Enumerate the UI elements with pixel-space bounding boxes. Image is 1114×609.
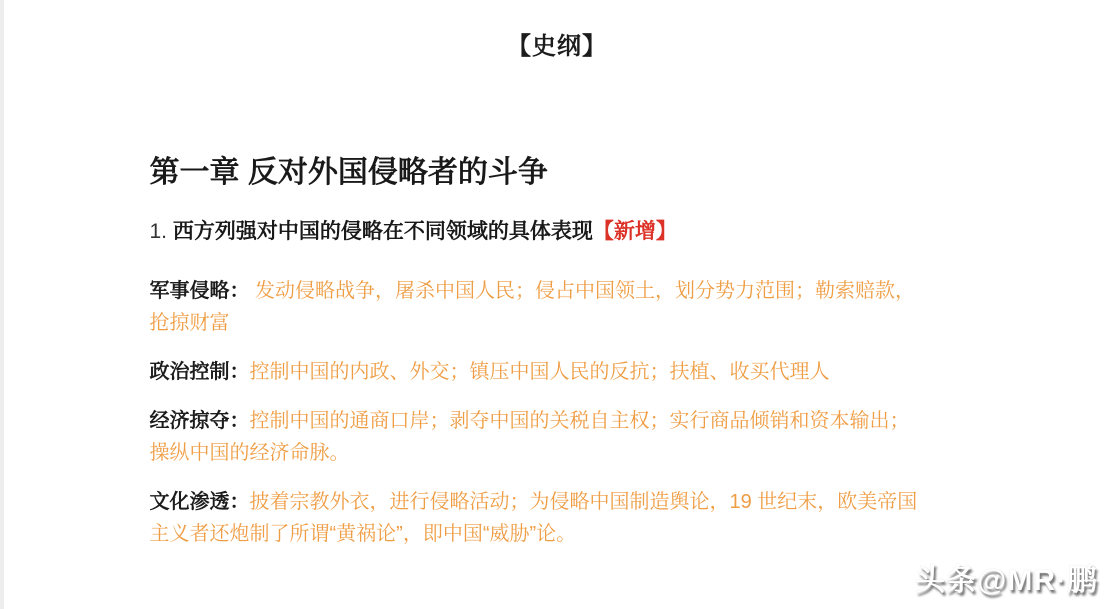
item-title: 西方列强对中国的侵略在不同领域的具体表现 <box>173 220 593 243</box>
paragraph-text: 披着宗教外衣，进行侵略活动；为侵略中国制造舆论，19 世纪末，欧美帝国 <box>250 491 918 513</box>
paragraph-label: 经济掠夺： <box>150 410 250 432</box>
document-page: 【史纲】 第一章 反对外国侵略者的斗争 1. 西方列强对中国的侵略在不同领域的具… <box>0 0 1114 609</box>
item-heading: 1. 西方列强对中国的侵略在不同领域的具体表现【新增】 <box>150 215 965 245</box>
chapter-heading: 第一章 反对外国侵略者的斗争 <box>150 147 965 191</box>
toutiao-watermark: 头条@MR·鹏 <box>915 555 1098 599</box>
paragraph-text: 发动侵略战争，屠杀中国人民；侵占中国领土，划分势力范围；勒索赔款， <box>250 280 916 302</box>
paragraph-line: 政治控制：控制中国的内政、外交；镇压中国人民的反抗；扶植、收买代理人 <box>150 356 965 388</box>
paragraph-text: 控制中国的内政、外交；镇压中国人民的反抗；扶植、收买代理人 <box>250 361 830 383</box>
article-body: 【史纲】 第一章 反对外国侵略者的斗争 1. 西方列强对中国的侵略在不同领域的具… <box>150 26 965 550</box>
paragraph-cultural: 文化渗透：披着宗教外衣，进行侵略活动；为侵略中国制造舆论，19 世纪末，欧美帝国… <box>150 486 965 550</box>
paragraph-text: 控制中国的通商口岸；剥夺中国的关税自主权；实行商品倾销和资本输出； <box>250 410 910 432</box>
paragraph-line: 经济掠夺：控制中国的通商口岸；剥夺中国的关税自主权；实行商品倾销和资本输出； <box>150 405 965 437</box>
paragraph-political: 政治控制：控制中国的内政、外交；镇压中国人民的反抗；扶植、收买代理人 <box>150 356 965 388</box>
paragraph-line: 军事侵略： 发动侵略战争，屠杀中国人民；侵占中国领土，划分势力范围；勒索赔款， <box>150 275 965 307</box>
paragraph-label: 军事侵略： <box>150 280 250 302</box>
paragraph-text: 抢掠财富 <box>150 307 965 339</box>
paragraph-line: 文化渗透：披着宗教外衣，进行侵略活动；为侵略中国制造舆论，19 世纪末，欧美帝国 <box>150 486 965 518</box>
paragraph-label: 政治控制： <box>150 361 250 383</box>
paragraph-label: 文化渗透： <box>150 491 250 513</box>
paragraph-text: 操纵中国的经济命脉。 <box>150 437 965 469</box>
paragraph-economic: 经济掠夺：控制中国的通商口岸；剥夺中国的关税自主权；实行商品倾销和资本输出； 操… <box>150 405 965 469</box>
document-title: 【史纲】 <box>150 26 965 61</box>
paragraph-military: 军事侵略： 发动侵略战争，屠杀中国人民；侵占中国领土，划分势力范围；勒索赔款， … <box>150 275 965 339</box>
new-badge: 【新增】 <box>593 220 677 243</box>
paragraph-text: 主义者还炮制了所谓“黄祸论”，即中国“威胁”论。 <box>150 518 965 550</box>
page-left-edge <box>0 0 4 609</box>
item-number: 1. <box>150 220 173 243</box>
